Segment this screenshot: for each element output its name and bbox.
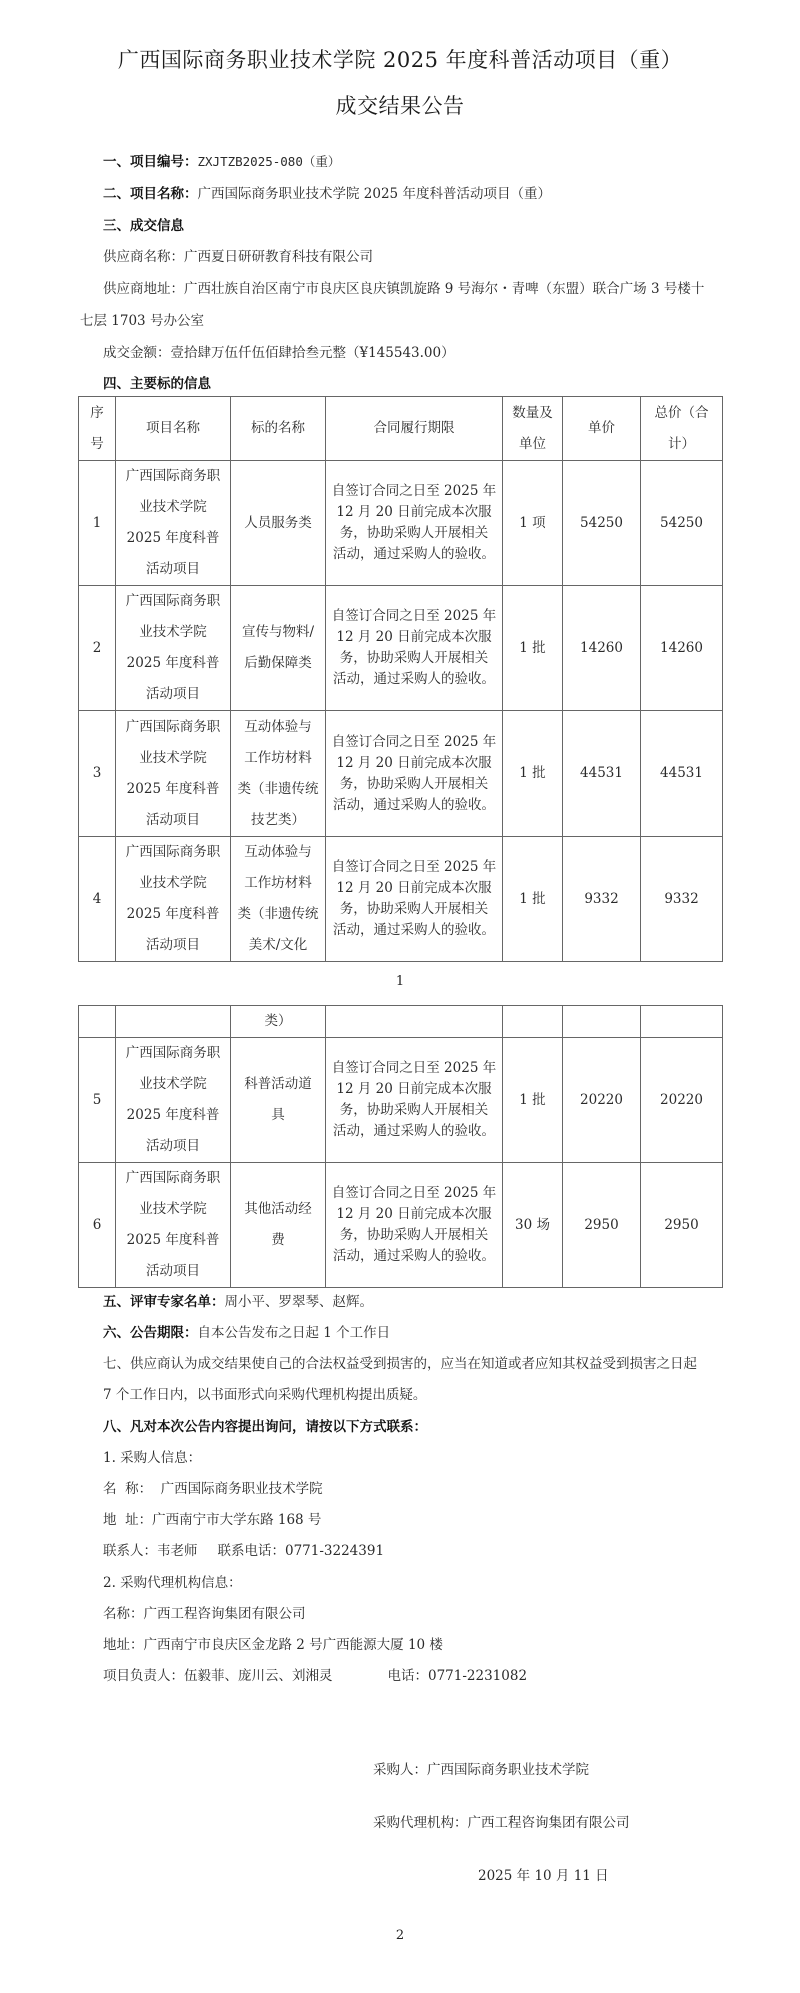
cell-item: 互动体验与工作坊材料类（非遗传统美术/文化 [231, 837, 326, 962]
cell-quantity: 1 批 [503, 586, 563, 711]
cell-item: 宣传与物料/后勤保障类 [231, 586, 326, 711]
cell-quantity: 1 批 [503, 837, 563, 962]
cell-term: 自签订合同之日至 2025 年12 月 20 日前完成本次服务，协助采购人开展相… [326, 586, 503, 711]
agency-address: 地址：广西南宁市良庆区金龙路 2 号广西能源大厦 10 楼 [103, 1633, 443, 1653]
cell-total: 2950 [641, 1163, 723, 1288]
page-number-1: 1 [0, 974, 800, 989]
project-number-line: 一、项目编号：ZXJTZB2025-080（重） [103, 150, 340, 170]
cell-seq: 2 [79, 586, 116, 711]
cell-quantity: 1 批 [503, 1038, 563, 1163]
supplier-name: 供应商名称：广西夏日研研教育科技有限公司 [103, 245, 373, 265]
project-number-label: 一、项目编号： [103, 154, 198, 170]
table-row: 4 广西国际商务职业技术学院2025 年度科普活动项目 互动体验与工作坊材料类（… [79, 837, 723, 962]
table-row-continued: 类） [79, 1006, 723, 1038]
header-contract-term: 合同履行期限 [326, 397, 503, 461]
experts-value: 周小平、罗翠琴、赵辉。 [225, 1294, 374, 1310]
items-table-page1: 序号 项目名称 标的名称 合同履行期限 数量及单位 单价 总价（合计） 1 广西… [78, 396, 723, 962]
document-title-line1: 广西国际商务职业技术学院 2025 年度科普活动项目（重） [0, 44, 800, 74]
purchaser-info-heading: 1. 采购人信息： [103, 1446, 201, 1466]
cell-seq: 6 [79, 1163, 116, 1288]
contact-heading: 八、凡对本次公告内容提出询问，请按以下方式联系： [103, 1415, 427, 1435]
main-items-heading: 四、主要标的信息 [103, 372, 211, 392]
table-row: 6 广西国际商务职业技术学院2025 年度科普活动项目 其他活动经费 自签订合同… [79, 1163, 723, 1288]
cell-seq: 3 [79, 711, 116, 837]
experts-label: 五、评审专家名单： [103, 1294, 225, 1310]
cell-project: 广西国际商务职业技术学院2025 年度科普活动项目 [116, 461, 231, 586]
notice-period-value: 自本公告发布之日起 1 个工作日 [198, 1325, 391, 1341]
cell-unit-price: 54250 [563, 461, 641, 586]
purchaser-name: 名 称： 广西国际商务职业技术学院 [103, 1477, 323, 1497]
agency-info-heading: 2. 采购代理机构信息： [103, 1571, 242, 1591]
table-row: 1 广西国际商务职业技术学院2025 年度科普活动项目 人员服务类 自签订合同之… [79, 461, 723, 586]
supplier-address-line2: 七层 1703 号办公室 [80, 309, 204, 329]
cell-quantity: 30 场 [503, 1163, 563, 1288]
project-number-value: ZXJTZB2025-080（重） [198, 154, 341, 169]
cell-project: 广西国际商务职业技术学院2025 年度科普活动项目 [116, 1038, 231, 1163]
table-row: 3 广西国际商务职业技术学院2025 年度科普活动项目 互动体验与工作坊材料类（… [79, 711, 723, 837]
table-row: 2 广西国际商务职业技术学院2025 年度科普活动项目 宣传与物料/后勤保障类 … [79, 586, 723, 711]
cell-unit-price: 44531 [563, 711, 641, 837]
purchaser-contact: 联系人：韦老师 [103, 1543, 198, 1559]
cell-total: 44531 [641, 711, 723, 837]
page-number-2: 2 [0, 1928, 800, 1943]
agency-leads: 项目负责人：伍毅菲、庞川云、刘湘灵 [103, 1668, 333, 1684]
table-row: 5 广西国际商务职业技术学院2025 年度科普活动项目 科普活动道具 自签订合同… [79, 1038, 723, 1163]
document-title-line2: 成交结果公告 [0, 90, 800, 120]
header-total: 总价（合计） [641, 397, 723, 461]
table-header-row: 序号 项目名称 标的名称 合同履行期限 数量及单位 单价 总价（合计） [79, 397, 723, 461]
project-name-value: 广西国际商务职业技术学院 2025 年度科普活动项目（重） [198, 186, 551, 202]
cell-item: 其他活动经费 [231, 1163, 326, 1288]
cell-project: 广西国际商务职业技术学院2025 年度科普活动项目 [116, 1163, 231, 1288]
cell-project: 广西国际商务职业技术学院2025 年度科普活动项目 [116, 586, 231, 711]
notice-period-line: 六、公告期限：自本公告发布之日起 1 个工作日 [103, 1321, 390, 1341]
header-item-name: 标的名称 [231, 397, 326, 461]
cell-seq: 4 [79, 837, 116, 962]
cell-total: 9332 [641, 837, 723, 962]
cell-item: 科普活动道具 [231, 1038, 326, 1163]
cell-item-continued: 类） [231, 1006, 326, 1038]
cell-total: 14260 [641, 586, 723, 711]
cell-total: 20220 [641, 1038, 723, 1163]
cell-term: 自签订合同之日至 2025 年12 月 20 日前完成本次服务，协助采购人开展相… [326, 461, 503, 586]
agency-phone: 电话：0771-2231082 [388, 1668, 528, 1684]
cell-item: 互动体验与工作坊材料类（非遗传统技艺类） [231, 711, 326, 837]
agency-leads-line: 项目负责人：伍毅菲、庞川云、刘湘灵电话：0771-2231082 [103, 1664, 527, 1684]
project-name-label: 二、项目名称： [103, 186, 198, 202]
cell-item: 人员服务类 [231, 461, 326, 586]
cell-total: 54250 [641, 461, 723, 586]
header-quantity: 数量及单位 [503, 397, 563, 461]
cell-project: 广西国际商务职业技术学院2025 年度科普活动项目 [116, 837, 231, 962]
cell-unit-price: 9332 [563, 837, 641, 962]
signature-agency: 采购代理机构：广西工程咨询集团有限公司 [373, 1811, 630, 1831]
cell-project: 广西国际商务职业技术学院2025 年度科普活动项目 [116, 711, 231, 837]
cell-term: 自签订合同之日至 2025 年12 月 20 日前完成本次服务，协助采购人开展相… [326, 1038, 503, 1163]
cell-term: 自签订合同之日至 2025 年12 月 20 日前完成本次服务，协助采购人开展相… [326, 837, 503, 962]
cell-unit-price: 14260 [563, 586, 641, 711]
experts-line: 五、评审专家名单：周小平、罗翠琴、赵辉。 [103, 1290, 373, 1310]
items-table-page2: 类） 5 广西国际商务职业技术学院2025 年度科普活动项目 科普活动道具 自签… [78, 1005, 723, 1288]
cell-term: 自签订合同之日至 2025 年12 月 20 日前完成本次服务，协助采购人开展相… [326, 711, 503, 837]
deal-info-heading: 三、成交信息 [103, 214, 184, 234]
challenge-line1: 七、供应商认为成交结果使自己的合法权益受到损害的，应当在知道或者应知其权益受到损… [103, 1352, 697, 1372]
project-name-line: 二、项目名称：广西国际商务职业技术学院 2025 年度科普活动项目（重） [103, 182, 551, 202]
cell-seq: 1 [79, 461, 116, 586]
header-project-name: 项目名称 [116, 397, 231, 461]
deal-amount: 成交金额：壹拾肆万伍仟伍佰肆拾叁元整（¥145543.00） [103, 341, 455, 361]
supplier-address-line1: 供应商地址：广西壮族自治区南宁市良庆区良庆镇凯旋路 9 号海尔・青啤（东盟）联合… [103, 277, 704, 297]
challenge-line2: 7 个工作日内，以书面形式向采购代理机构提出质疑。 [103, 1383, 426, 1403]
cell-quantity: 1 项 [503, 461, 563, 586]
notice-period-label: 六、公告期限： [103, 1325, 198, 1341]
cell-unit-price: 2950 [563, 1163, 641, 1288]
signature-date: 2025 年 10 月 11 日 [478, 1864, 609, 1884]
header-seq: 序号 [79, 397, 116, 461]
header-unit-price: 单价 [563, 397, 641, 461]
purchaser-contact-line: 联系人：韦老师联系电话：0771-3224391 [103, 1539, 384, 1559]
purchaser-phone: 联系电话：0771-3224391 [218, 1543, 385, 1559]
cell-unit-price: 20220 [563, 1038, 641, 1163]
signature-purchaser: 采购人：广西国际商务职业技术学院 [373, 1758, 589, 1778]
cell-seq: 5 [79, 1038, 116, 1163]
agency-name: 名称：广西工程咨询集团有限公司 [103, 1602, 306, 1622]
cell-quantity: 1 批 [503, 711, 563, 837]
purchaser-address: 地 址：广西南宁市大学东路 168 号 [103, 1508, 321, 1528]
cell-term: 自签订合同之日至 2025 年12 月 20 日前完成本次服务，协助采购人开展相… [326, 1163, 503, 1288]
